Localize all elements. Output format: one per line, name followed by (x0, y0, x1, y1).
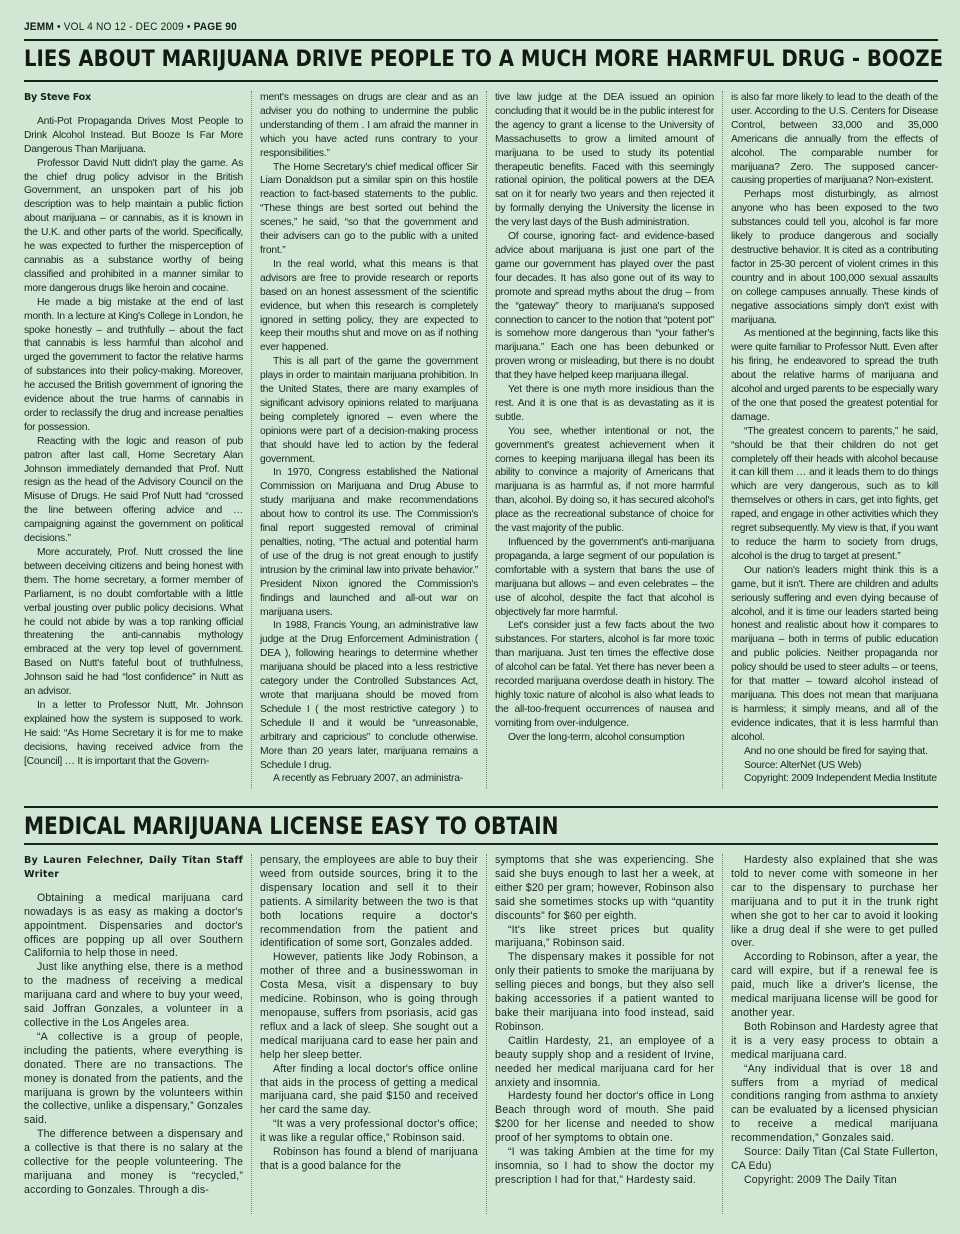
paragraph: Influenced by the government's anti-mari… (495, 536, 714, 619)
article1-body: By Steve Fox Anti-Pot Propaganda Drives … (24, 91, 938, 789)
paragraph: After finding a local doctor's office on… (260, 1063, 478, 1119)
paragraph: A recently as February 2007, an administ… (260, 772, 478, 786)
paragraph: The dispensary makes it possible for not… (495, 951, 714, 1034)
paragraph: Anti-Pot Propaganda Drives Most People t… (24, 115, 243, 157)
article2-byline: By Lauren Felechner, Daily Titan Staff W… (24, 854, 243, 882)
article1-byline: By Steve Fox (24, 91, 243, 105)
paragraph: In 1970, Congress established the Nation… (260, 466, 478, 619)
paragraph: symptoms that she was experiencing. She … (495, 854, 714, 924)
paragraph: Professor David Nutt didn't play the gam… (24, 157, 243, 296)
article2-column-1: By Lauren Felechner, Daily Titan Staff W… (24, 854, 251, 1214)
paragraph: This is all part of the game the governm… (260, 355, 478, 466)
paragraph: In 1988, Francis Young, an administrativ… (260, 619, 478, 772)
article1-column-2: ment's messages on drugs are clear and a… (251, 91, 486, 789)
paragraph: “Any individual that is over 18 and suff… (731, 1063, 938, 1146)
divider (24, 806, 938, 808)
divider (24, 39, 938, 41)
paragraph: According to Robinson, after a year, the… (731, 951, 938, 1021)
paragraph: And no one should be fired for saying th… (731, 745, 938, 759)
paragraph: More accurately, Prof. Nutt crossed the … (24, 546, 243, 699)
article2-source: Source: Daily Titan (Cal State Fullerton… (731, 1146, 938, 1174)
paragraph: “It was a very professional doctor's off… (260, 1118, 478, 1146)
paragraph: Robinson has found a blend of marijuana … (260, 1146, 478, 1174)
paragraph: In a letter to Professor Nutt, Mr. Johns… (24, 699, 243, 769)
paragraph: He made a big mistake at the end of last… (24, 296, 243, 435)
publication-name: JEMM (24, 21, 54, 33)
page-number: PAGE 90 (194, 21, 237, 33)
paragraph: Perhaps most disturbingly, as almost any… (731, 188, 938, 327)
issue-info: VOL 4 NO 12 - DEC 2009 (64, 21, 184, 33)
folio-separator: • (187, 21, 191, 33)
paragraph: The difference between a dispensary and … (24, 1128, 243, 1198)
paragraph: Hardesty found her doctor's office in Lo… (495, 1090, 714, 1146)
paragraph: Obtaining a medical marijuana card nowad… (24, 892, 243, 962)
article2-column-3: symptoms that she was experiencing. She … (486, 854, 722, 1214)
paragraph: “I was taking Ambien at the time for my … (495, 1146, 714, 1188)
folio: JEMM • VOL 4 NO 12 - DEC 2009 • PAGE 90 (24, 21, 237, 33)
article2-column-4: Hardesty also explained that she was tol… (722, 854, 938, 1214)
paragraph: In the real world, what this means is th… (260, 258, 478, 355)
paragraph: Just like anything else, there is a meth… (24, 961, 243, 1031)
article1-column-3: tive law judge at the DEA issued an opin… (486, 91, 722, 789)
paragraph: As mentioned at the beginning, facts lik… (731, 327, 938, 424)
paragraph: Both Robinson and Hardesty agree that it… (731, 1021, 938, 1063)
paragraph: Over the long-term, alcohol consumption (495, 731, 714, 745)
paragraph: tive law judge at the DEA issued an opin… (495, 91, 714, 230)
paragraph: is also far more likely to lead to the d… (731, 91, 938, 188)
paragraph: “It's like street prices but quality mar… (495, 924, 714, 952)
paragraph: The Home Secretary's chief medical offic… (260, 161, 478, 258)
article1-column-4: is also far more likely to lead to the d… (722, 91, 938, 789)
paragraph: “A collective is a group of people, incl… (24, 1031, 243, 1128)
article1-column-1: By Steve Fox Anti-Pot Propaganda Drives … (24, 91, 251, 789)
paragraph: However, patients like Jody Robinson, a … (260, 951, 478, 1062)
paragraph: Of course, ignoring fact- and evidence-b… (495, 230, 714, 383)
divider (24, 843, 938, 845)
paragraph: Our nation's leaders might think this is… (731, 564, 938, 745)
article1-headline: LIES ABOUT MARIJUANA DRIVE PEOPLE TO A M… (24, 47, 842, 72)
divider (24, 80, 938, 82)
paragraph: Yet there is one myth more insidious tha… (495, 383, 714, 425)
paragraph: Reacting with the logic and reason of pu… (24, 435, 243, 546)
paragraph: Let's consider just a few facts about th… (495, 619, 714, 730)
paragraph: Caitlin Hardesty, 21, an employee of a b… (495, 1035, 714, 1091)
paragraph: You see, whether intentional or not, the… (495, 425, 714, 536)
paragraph: ment's messages on drugs are clear and a… (260, 91, 478, 161)
article2-column-2: pensary, the employees are able to buy t… (251, 854, 486, 1214)
paragraph: “The greatest concern to parents,” he sa… (731, 425, 938, 564)
article2-headline: MEDICAL MARIJUANA LICENSE EASY TO OBTAIN (24, 812, 792, 840)
article2-copyright: Copyright: 2009 The Daily Titan (731, 1174, 938, 1188)
paragraph: pensary, the employees are able to buy t… (260, 854, 478, 951)
paragraph: Hardesty also explained that she was tol… (731, 854, 938, 951)
folio-separator: • (57, 21, 61, 33)
article1-copyright: Copyright: 2009 Independent Media Instit… (731, 772, 938, 786)
article2-body: By Lauren Felechner, Daily Titan Staff W… (24, 854, 938, 1214)
article1-source: Source: AlterNet (US Web) (731, 759, 938, 773)
